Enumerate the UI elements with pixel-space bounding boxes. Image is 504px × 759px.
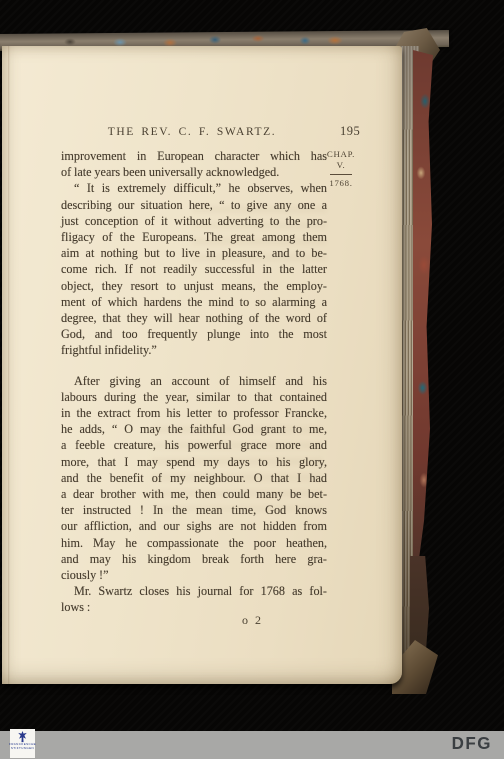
margin-note-rule	[330, 174, 352, 175]
text-line: improvement in European character which …	[61, 148, 327, 164]
book-page: THE REV. C. F. SWARTZ. 195 CHAP. V. 1768…	[2, 46, 402, 684]
text-line: just conception of it without adverting …	[61, 213, 327, 229]
text-line: our affliction, and our sighs are not hi…	[61, 518, 327, 534]
book-cover-right-marbled-edge	[413, 50, 433, 562]
text-line: labours during the year, similar to that…	[61, 389, 327, 405]
page-number: 195	[340, 124, 380, 139]
text-line: in the extract from his letter to profes…	[61, 405, 327, 421]
text-line: After giving an account of himself and h…	[61, 373, 327, 389]
library-logo-text-line2: STIFTUNGEN	[11, 747, 34, 751]
text-line: frightful infidelity.”	[61, 342, 327, 358]
text-line: Mr. Swartz closes his journal for 1768 a…	[61, 583, 327, 599]
text-line: object, they resort to unjust means, the…	[61, 278, 327, 294]
franckesche-stiftungen-logo: FRANCKESCHE STIFTUNGEN	[10, 729, 35, 758]
paragraph: improvement in European character which …	[61, 148, 327, 180]
text-line: more, that I may spend my days to his gl…	[61, 454, 327, 470]
running-title: THE REV. C. F. SWARTZ.	[61, 126, 323, 138]
text-line: ment of which hardens the mind to so ala…	[61, 294, 327, 310]
text-line: ter instructed ! In the mean time, God k…	[61, 502, 327, 518]
text-line: a dear brother with me, then could many …	[61, 486, 327, 502]
text-line: a feeble creature, his powerful grace mo…	[61, 437, 327, 453]
text-line: and may his kingdom break forth here gra…	[61, 551, 327, 567]
text-line: “ It is extremely difficult,” he observe…	[61, 180, 327, 196]
text-line: describing our situation here, “ to give…	[61, 197, 327, 213]
footer-bar: FRANCKESCHE STIFTUNGEN DFG	[0, 731, 504, 759]
text-line: lows :	[61, 599, 327, 615]
scan-viewport: THE REV. C. F. SWARTZ. 195 CHAP. V. 1768…	[0, 0, 504, 759]
dfg-logo: DFG	[452, 734, 492, 755]
text-line: him. May he compassionate the poor heath…	[61, 535, 327, 551]
text-line: degree, that they will hear nothing of t…	[61, 310, 327, 326]
text-line: and the benefit of my neighbour. O that …	[61, 470, 327, 486]
text-line: he adds, “ O may the faithful God grant …	[61, 421, 327, 437]
text-line: fligacy of the Europeans. The great amon…	[61, 229, 327, 245]
text-line: ciously !”	[61, 567, 327, 583]
printers-signature-mark: o 2	[242, 613, 263, 628]
paragraph: Mr. Swartz closes his journal for 1768 a…	[61, 583, 327, 615]
text-line: aim at nothing but to live in pleasure, …	[61, 245, 327, 261]
text-line: of late years been universally acknowled…	[61, 164, 327, 180]
text-line: God, and too frequently plunge into the …	[61, 326, 327, 342]
paragraph: “ It is extremely difficult,” he observe…	[61, 180, 327, 358]
body-text: improvement in European character which …	[61, 148, 327, 616]
text-line: come rich. If not readily successful in …	[61, 261, 327, 277]
paragraph: After giving an account of himself and h…	[61, 373, 327, 584]
